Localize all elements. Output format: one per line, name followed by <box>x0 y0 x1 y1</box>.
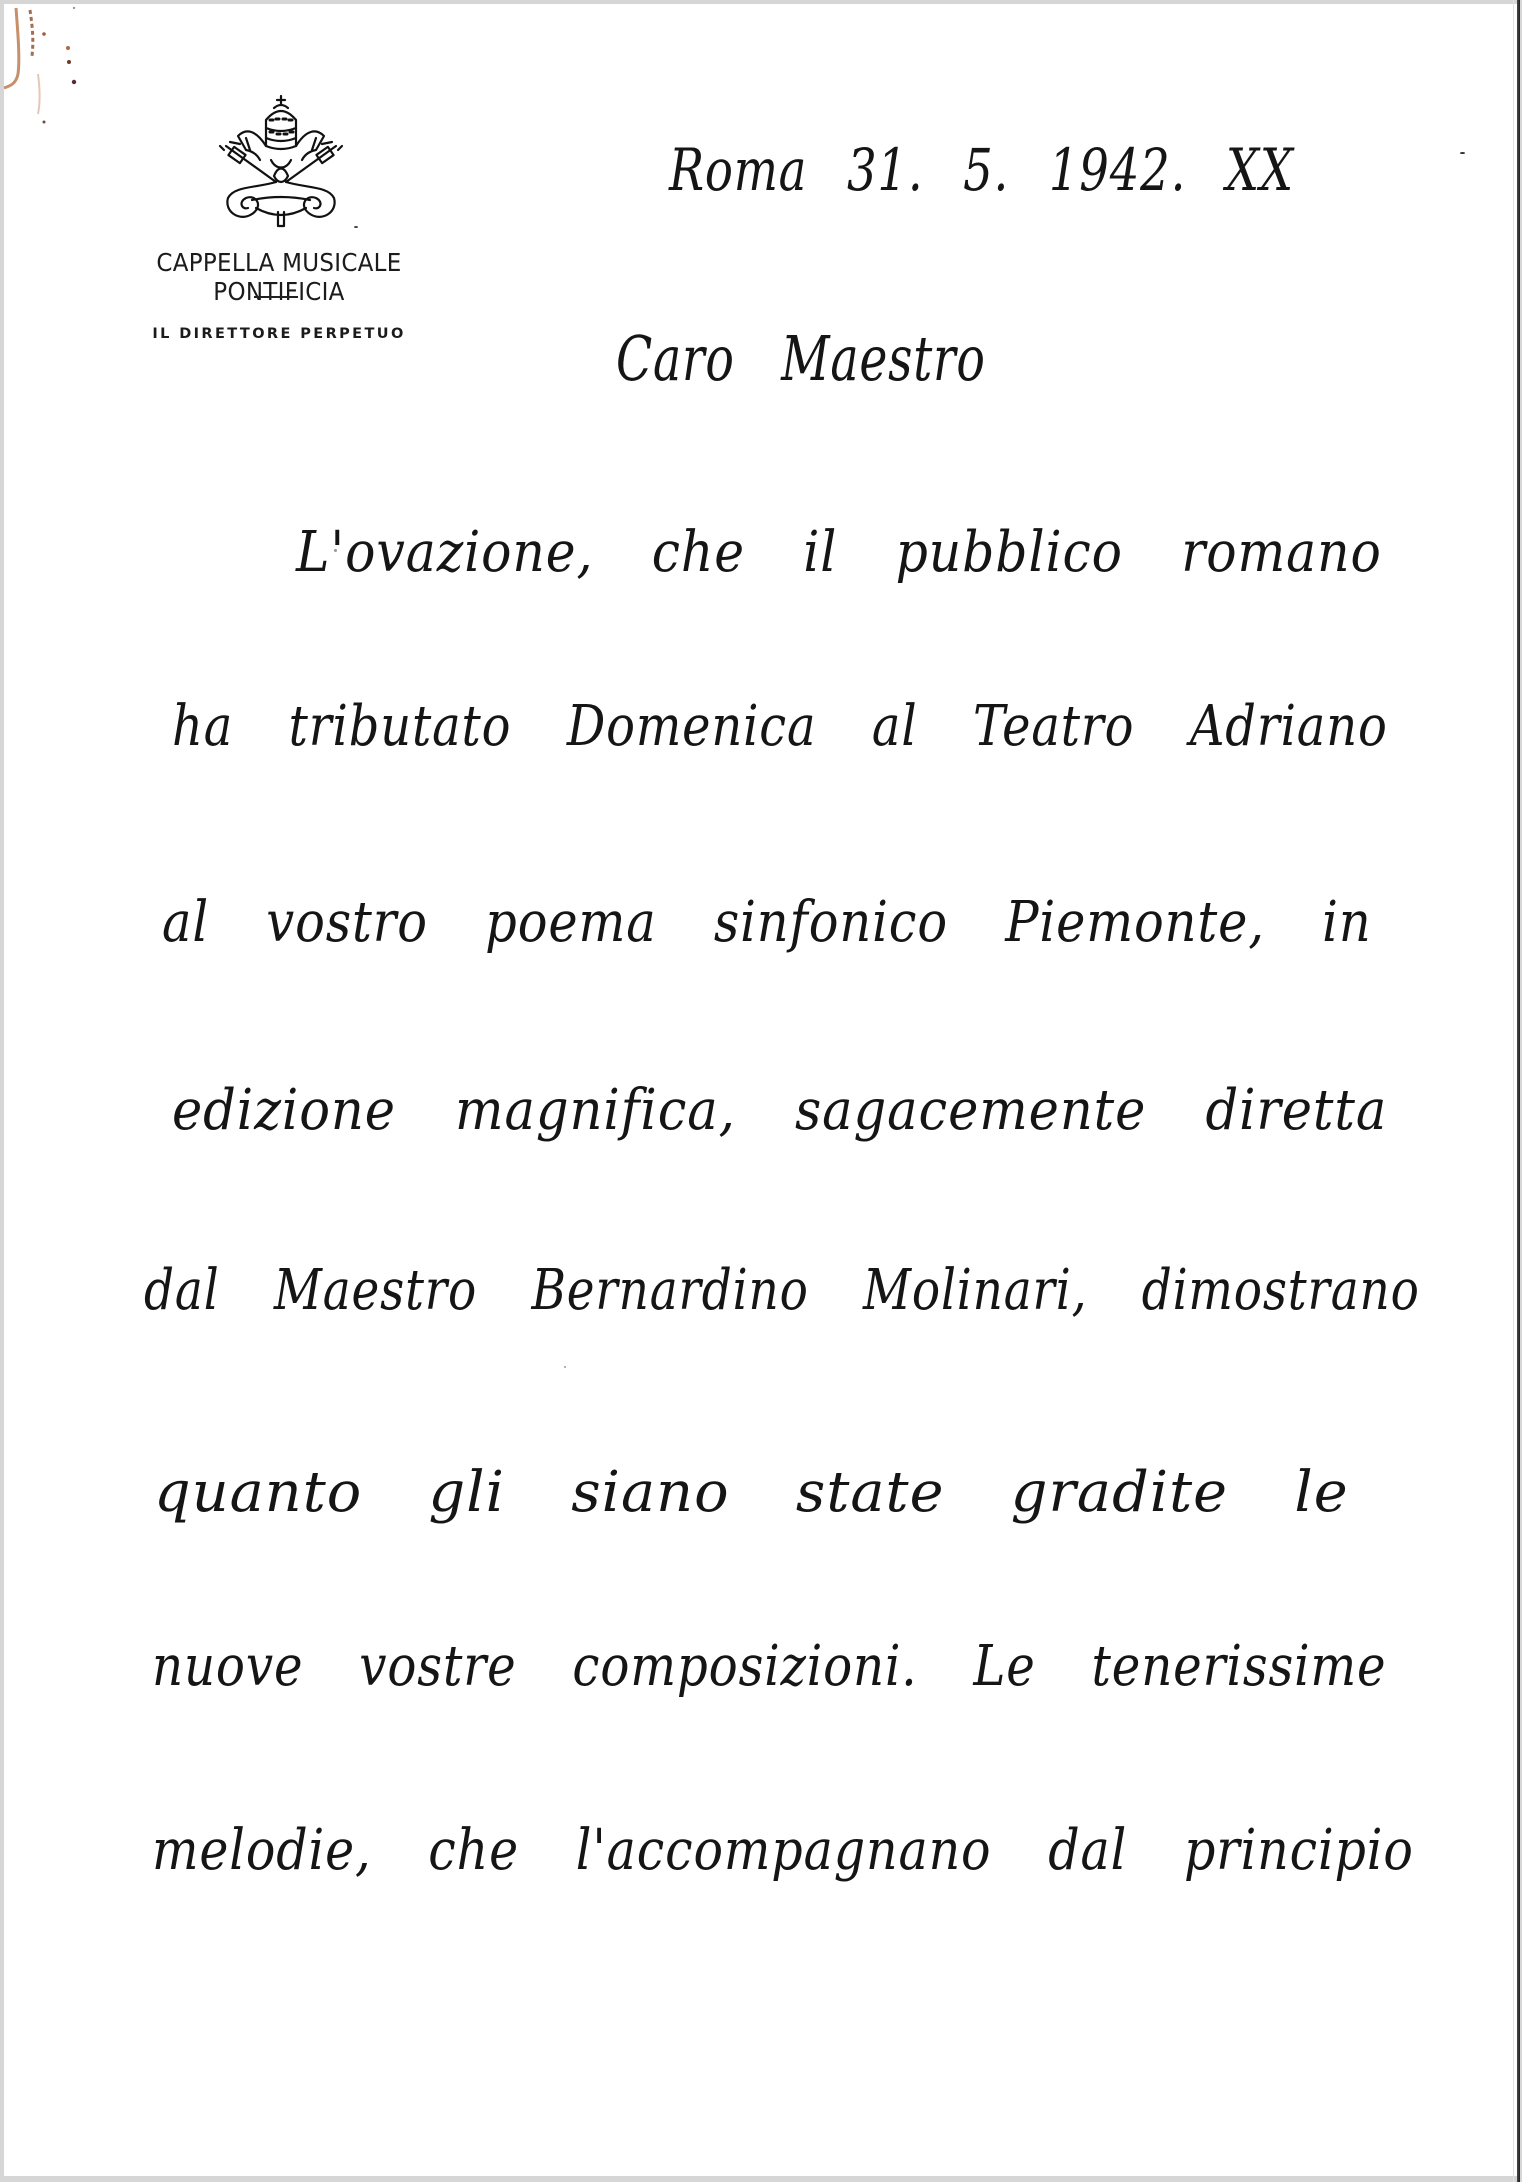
letterhead-divider <box>254 296 298 298</box>
scan-edge-highlight <box>1513 0 1514 2182</box>
papal-tiara-crossed-keys-icon <box>216 90 346 230</box>
paper-speck <box>564 1366 566 1368</box>
paper-speck <box>334 549 337 552</box>
letter-body-line: ha tributato Domenica al Teatro Adriano <box>172 694 1388 759</box>
letter-page: CAPPELLA MUSICALE PONTIFICIA IL DIRETTOR… <box>4 4 1517 2176</box>
letter-date: Roma 31. 5. 1942. XX <box>669 136 1294 204</box>
letter-body-line: dal Maestro Bernardino Molinari, dimostr… <box>144 1258 1420 1323</box>
letter-body-line: L'ovazione, che il pubblico romano <box>296 520 1382 585</box>
letter-body-line: melodie, che l'accompagnano dal principi… <box>152 1818 1414 1883</box>
rust-stain-marks <box>4 4 94 144</box>
letter-body-line: edizione magnifica, sagacemente diretta <box>172 1078 1387 1143</box>
paper-speck <box>354 226 358 228</box>
letter-body-line: al vostro poema sinfonico Piemonte, in <box>162 890 1372 955</box>
letterhead-subtitle: IL DIRETTORE PERPETUO <box>114 326 444 342</box>
letter-body-line: quanto gli siano state gradite le <box>154 1460 1349 1525</box>
paper-speck <box>1460 152 1465 154</box>
letter-salutation: Caro Maestro <box>616 322 986 395</box>
letter-body-line: nuove vostre composizioni. Le tenerissim… <box>152 1634 1386 1699</box>
scan-edge-shadow <box>1517 0 1520 2182</box>
